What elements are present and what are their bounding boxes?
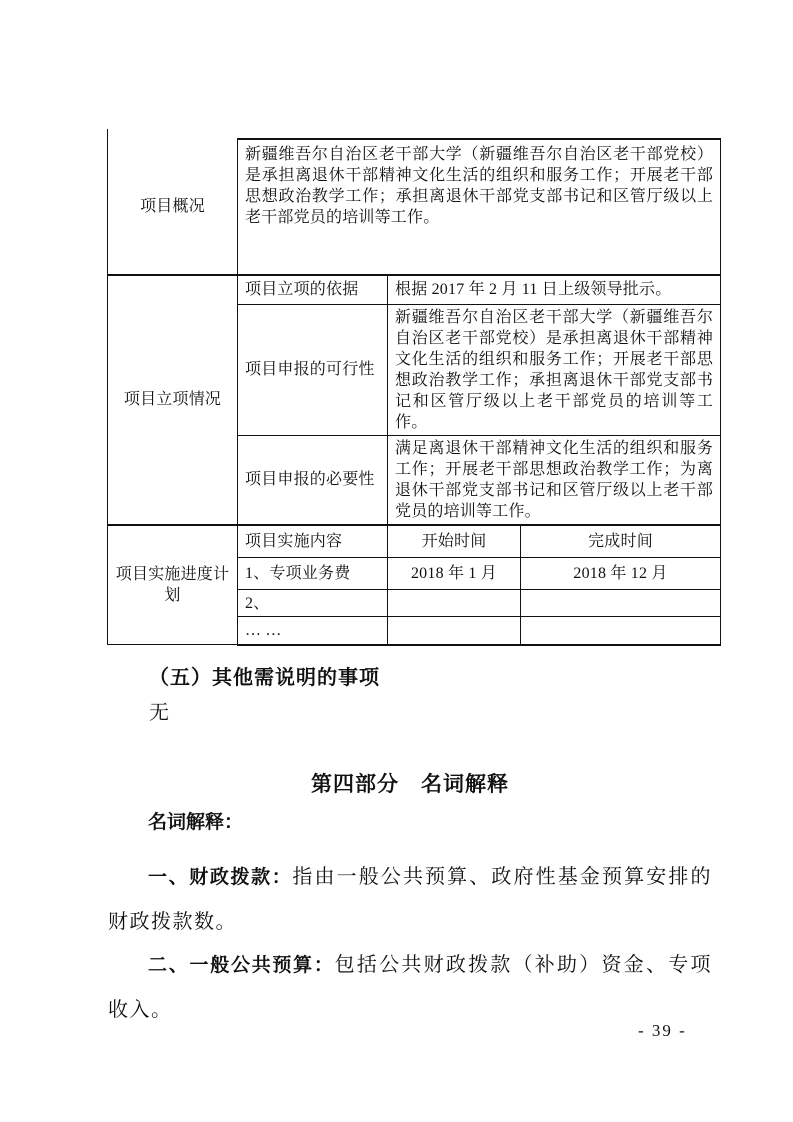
glossary-intro: 名词解释： (108, 807, 712, 834)
schedule-row3-content: … … (238, 617, 388, 645)
initiation-necessity-label: 项目申报的必要性 (238, 435, 388, 525)
schedule-row3-start (388, 617, 521, 645)
table-row: 项目立项情况 项目立项的依据 根据 2017 年 2 月 11 日上级领导批示。 (108, 275, 721, 304)
part-four-title: 第四部分 名词解释 (108, 768, 712, 798)
schedule-row3-finish (521, 617, 721, 645)
schedule-row1-content: 1、专项业务费 (238, 558, 388, 590)
schedule-row2-finish (521, 590, 721, 617)
schedule-header-finish: 完成时间 (521, 525, 721, 558)
glossary-term-1: 一、财政拨款： (148, 867, 292, 888)
schedule-row1-start: 2018 年 1 月 (388, 558, 521, 590)
initiation-feasibility-label: 项目申报的可行性 (238, 304, 388, 435)
initiation-label: 项目立项情况 (108, 275, 238, 525)
schedule-row1-finish: 2018 年 12 月 (521, 558, 721, 590)
table-row: 项目概况 新疆维吾尔自治区老干部大学（新疆维吾尔自治区老干部党校）是承担离退休干… (108, 139, 721, 275)
document-page: 项目概况 新疆维吾尔自治区老干部大学（新疆维吾尔自治区老干部党校）是承担离退休干… (0, 0, 793, 1122)
table-row: 项目实施进度计划 项目实施内容 开始时间 完成时间 (108, 525, 721, 558)
initiation-necessity-content: 满足离退休干部精神文化生活的组织和服务工作；开展老干部思想政治教学工作；为离退休… (388, 435, 721, 525)
schedule-header-content: 项目实施内容 (238, 525, 388, 558)
glossary-item-1: 一、财政拨款：指由一般公共预算、政府性基金预算安排的财政拨款数。 (108, 855, 712, 944)
overview-label: 项目概况 (108, 139, 238, 275)
glossary-item-2: 二、一般公共预算：包括公共财政拨款（补助）资金、专项收入。 (108, 943, 712, 1032)
schedule-row2-start (388, 590, 521, 617)
glossary-term-2: 二、一般公共预算： (148, 955, 335, 976)
schedule-label: 项目实施进度计划 (108, 525, 238, 645)
initiation-basis-label: 项目立项的依据 (238, 275, 388, 304)
initiation-feasibility-content: 新疆维吾尔自治区老干部大学（新疆维吾尔自治区老干部党校）是承担离退休干部精神文化… (388, 304, 721, 435)
section-five-content: 无 (149, 696, 169, 725)
schedule-header-start: 开始时间 (388, 525, 521, 558)
page-number: - 39 - (638, 1021, 687, 1041)
project-info-table: 项目概况 新疆维吾尔自治区老干部大学（新疆维吾尔自治区老干部党校）是承担离退休干… (107, 138, 721, 646)
section-five-heading: （五）其他需说明的事项 (149, 661, 380, 690)
schedule-row2-content: 2、 (238, 590, 388, 617)
overview-content: 新疆维吾尔自治区老干部大学（新疆维吾尔自治区老干部党校）是承担离退休干部精神文化… (238, 139, 721, 275)
initiation-basis-content: 根据 2017 年 2 月 11 日上级领导批示。 (388, 275, 721, 304)
